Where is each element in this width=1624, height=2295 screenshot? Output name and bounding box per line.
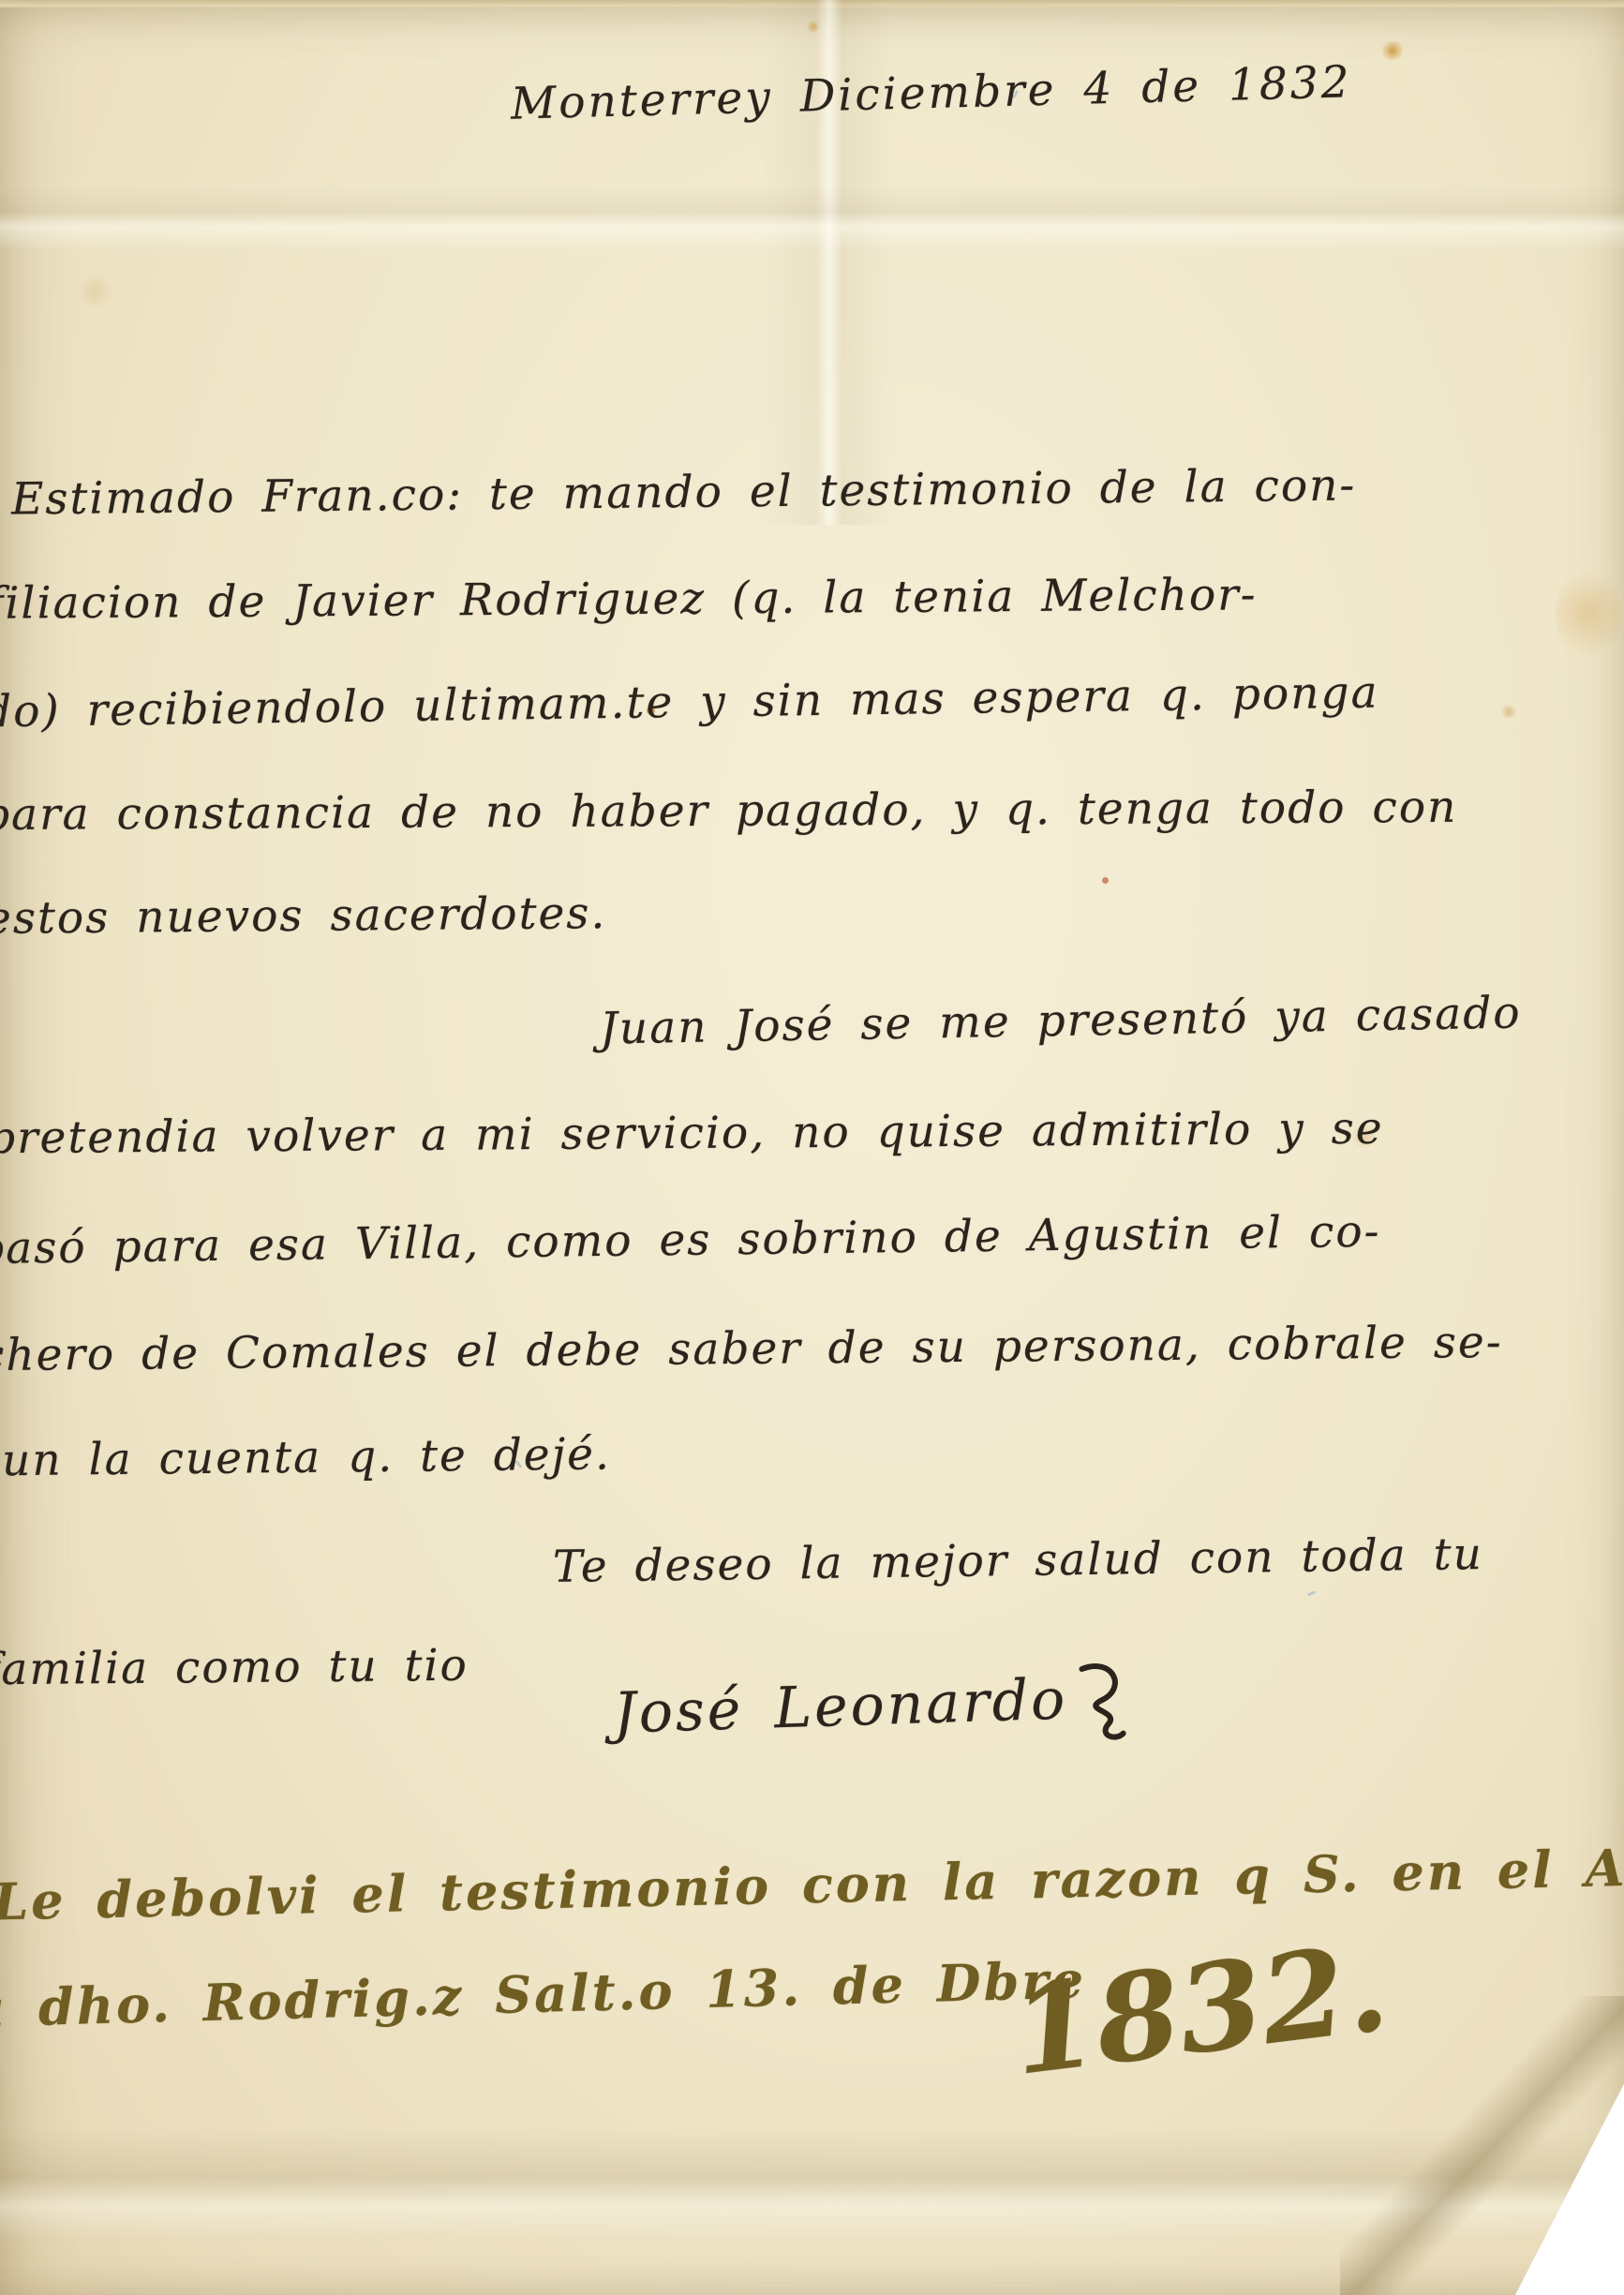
letter-line: estos nuevos sacerdotes. — [0, 887, 607, 945]
closing-line: Te deseo la mejor salud con toda tu — [553, 1528, 1484, 1593]
letter-line: do) recibiendolo ultimam.te y sin mas es… — [0, 667, 1379, 738]
letter-line: filiacion de Javier Rodriguez (q. la ten… — [0, 569, 1258, 629]
paper-fiber — [1307, 1591, 1316, 1597]
postscript-line: Le debolvi el testimonio con la razon q … — [0, 1835, 1624, 1931]
signature-flourish-icon — [1072, 1662, 1135, 1758]
letter-line: Estimado Fran.co: te mando el testimonio… — [11, 459, 1357, 525]
letter-line: chero de Comales el debe saber de su per… — [0, 1317, 1503, 1381]
paper-stain — [75, 276, 116, 306]
letter-line: pretendia volver a mi servicio, no quise… — [0, 1103, 1384, 1164]
postscript-year: 1832. — [1005, 1917, 1394, 2103]
signature-name: José Leonardo — [613, 1667, 1069, 1747]
paper-fold-horizontal — [0, 186, 1624, 251]
paper-stain — [1556, 562, 1621, 665]
letter-line: Juan José se me presentó ya casado — [600, 987, 1522, 1054]
paper-stain — [1102, 877, 1109, 884]
postscript-line: a dho. Rodrig.z Salt.o 13. de Dbre — [0, 1949, 1087, 2038]
paper-stain — [1379, 41, 1406, 60]
paper-stain — [1499, 705, 1518, 719]
dateline: Monterrey Diciembre 4 de 1832 — [510, 56, 1352, 129]
signature: José Leonardo — [613, 1662, 1136, 1772]
letter-line: para constancia de no haber pagado, y q.… — [0, 782, 1457, 841]
letter-line: gun la cuenta q. te dejé. — [0, 1428, 611, 1486]
paper-corner-shadow — [1340, 1996, 1624, 2295]
letter-line: pasó para esa Villa, como es sobrino de … — [0, 1206, 1381, 1274]
letter-page: Monterrey Diciembre 4 de 1832 Estimado F… — [0, 0, 1624, 2295]
closing-line: familia como tu tio — [0, 1640, 469, 1696]
